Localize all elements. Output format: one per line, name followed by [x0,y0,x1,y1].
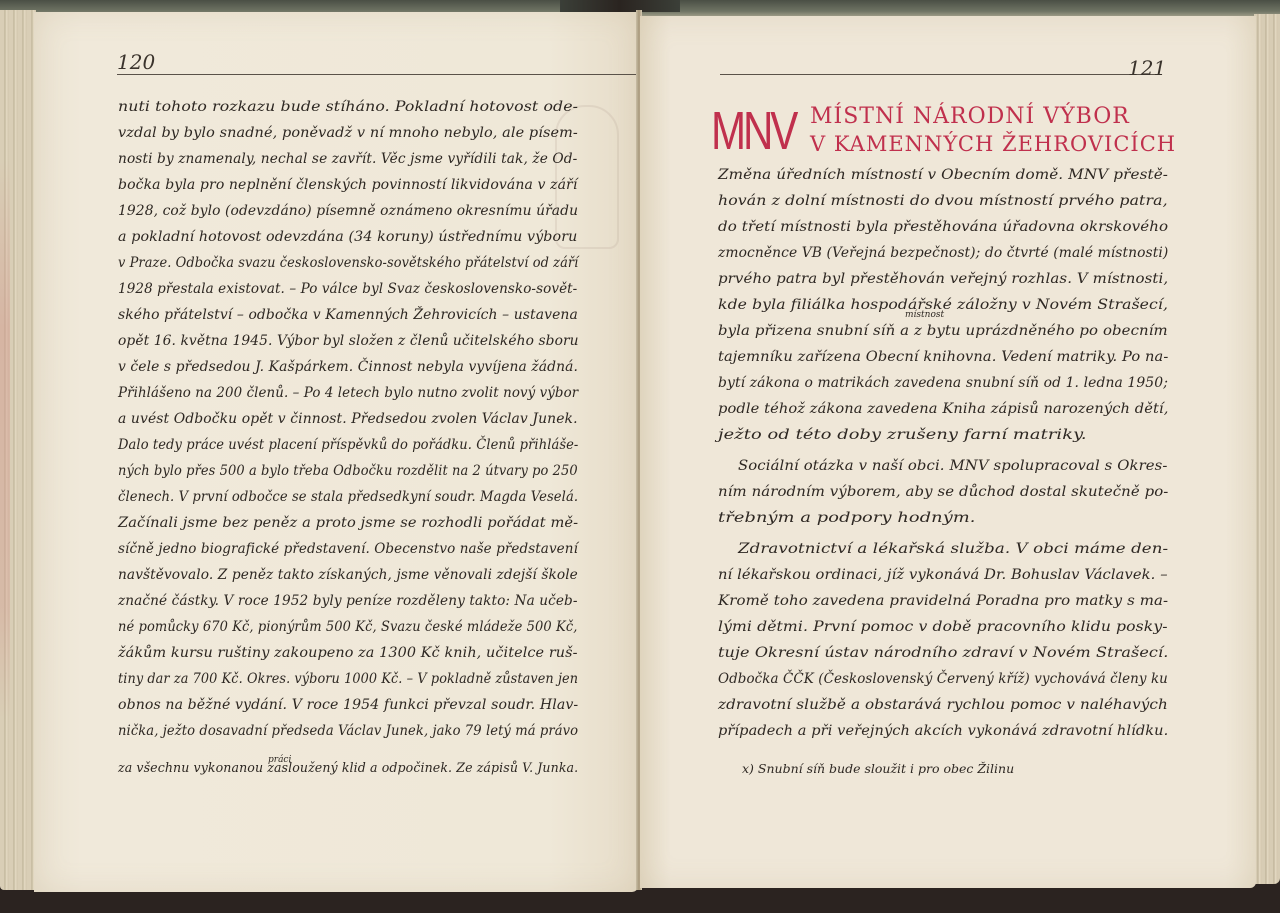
text-line: tuje Okresní ústav národního zdraví v No… [718,646,1168,660]
text-line: Začínali jsme bez peněz a proto jsme se … [118,516,578,530]
footnote: x) Snubní síň bude sloužit i pro obec Ži… [742,761,1014,776]
text-line: nosti by znamenaly, nechal se zavřít. Vě… [118,152,577,166]
text-line: do třetí místnosti byla přestěhována úřa… [718,220,1168,234]
text-line: Změna úředních místností v Obecním domě.… [718,168,1168,182]
text-line: v Praze. Odbočka svazu československo-so… [118,256,578,270]
left-page-number: 120 [117,50,155,74]
text-line: třebným a podpory hodným. [718,511,976,525]
text-line: navštěvovalo. Z peněz takto získaných, j… [118,568,578,582]
mnv-abbreviation-heading: MNV [711,104,795,158]
text-line: ježto od této doby zrušeny farní matriky… [718,428,1087,442]
text-line: ní lékařskou ordinaci, jíž vykonává Dr. … [718,568,1168,582]
text-line: né pomůcky 670 Kč, pionýrům 500 Kč, Svaz… [118,620,577,634]
text-line: případech a při veřejných akcích vykonáv… [718,724,1168,738]
page-edge-tint [0,160,10,720]
right-page-stack [1254,14,1280,884]
insertion-note: práci [268,755,291,765]
text-line: nuti tohoto rozkazu bude stíháno. Poklad… [118,100,578,114]
text-line: 1928, což bylo (odevzdáno) písemně oznám… [118,204,578,218]
text-line: vzdal by bylo snadné, poněvadž v ní mnoh… [118,126,578,140]
text-line: členech. V první odbočce se stala předse… [118,490,578,504]
text-line: ných bylo přes 500 a bylo třeba Odbočku … [118,464,578,478]
heading-line-2: V KAMENNÝCH ŽEHROVICÍCH [810,134,1176,155]
text-line: značné částky. V roce 1952 byly peníze r… [118,594,578,608]
text-line: bytí zákona o matrikách zavedena snubní … [718,376,1168,390]
text-line: 1928 přestala existovat. – Po válce byl … [118,282,577,296]
text-line: bočka byla pro neplnění členských povinn… [118,178,577,192]
text-line: lými dětmi. První pomoc v době pracovníh… [718,620,1168,634]
left-page-stack [0,10,36,890]
text-line: hován z dolní místnosti do dvou místnost… [718,194,1168,208]
text-line: síčně jedno biografické představení. Obe… [118,542,578,556]
text-line: a pokladní hotovost odevzdána (34 koruny… [118,230,577,244]
text-line: za všechnu vykonanou zasloužený klid a o… [118,762,578,775]
text-line: Přihlášeno na 200 členů. – Po 4 letech b… [118,386,578,400]
text-line: Odbočka ČČK (Československý Červený kříž… [718,672,1168,686]
text-line: Zdravotnictví a lékařská služba. V obci … [738,542,1168,556]
text-line: nička, ježto dosavadní předseda Václav J… [118,724,578,738]
text-line: prvého patra byl přestěhován veřejný roz… [718,272,1168,286]
right-header-rule [720,74,1160,75]
text-line: Kromě toho zavedena pravidelná Poradna p… [718,594,1168,608]
text-line: tajemníku zařízena Obecní knihovna. Vede… [718,350,1168,364]
insertion-note: místnost [905,310,944,320]
left-header-rule [117,74,637,75]
text-line: tiny dar za 700 Kč. Okres. výboru 1000 K… [118,672,578,686]
text-line: Sociální otázka v naší obci. MNV spolupr… [738,459,1168,473]
right-page-number: 121 [1128,56,1166,80]
text-line: byla přizena snubní síň a z bytu uprázdn… [718,324,1168,338]
heading-line-1: MÍSTNÍ NÁRODNÍ VÝBOR [810,106,1130,128]
text-line: zdravotní službě a obstarává rychlou pom… [718,698,1168,712]
text-line: Dalo tedy práce uvést placení příspěvků … [118,438,578,452]
text-line: zmocněnce VB (Veřejná bezpečnost); do čt… [718,246,1168,260]
text-line: obnos na běžné vydání. V roce 1954 funkc… [118,698,578,712]
text-line: opět 16. května 1945. Výbor byl složen z… [118,334,579,348]
text-line: podle téhož zákona zavedena Kniha zápisů… [718,402,1168,416]
text-line: ského přátelství – odbočka v Kamenných Ž… [118,308,578,322]
text-line: v čele s předsedou J. Kašpárkem. Činnost… [118,360,578,374]
text-line: žákům kursu ruštiny zakoupeno za 1300 Kč… [118,646,578,660]
text-line: ním národním výborem, aby se důchod dost… [718,485,1168,499]
book-spine-shadow [560,0,680,12]
text-line: a uvést Odbočku opět v činnost. Předsedo… [118,412,578,426]
